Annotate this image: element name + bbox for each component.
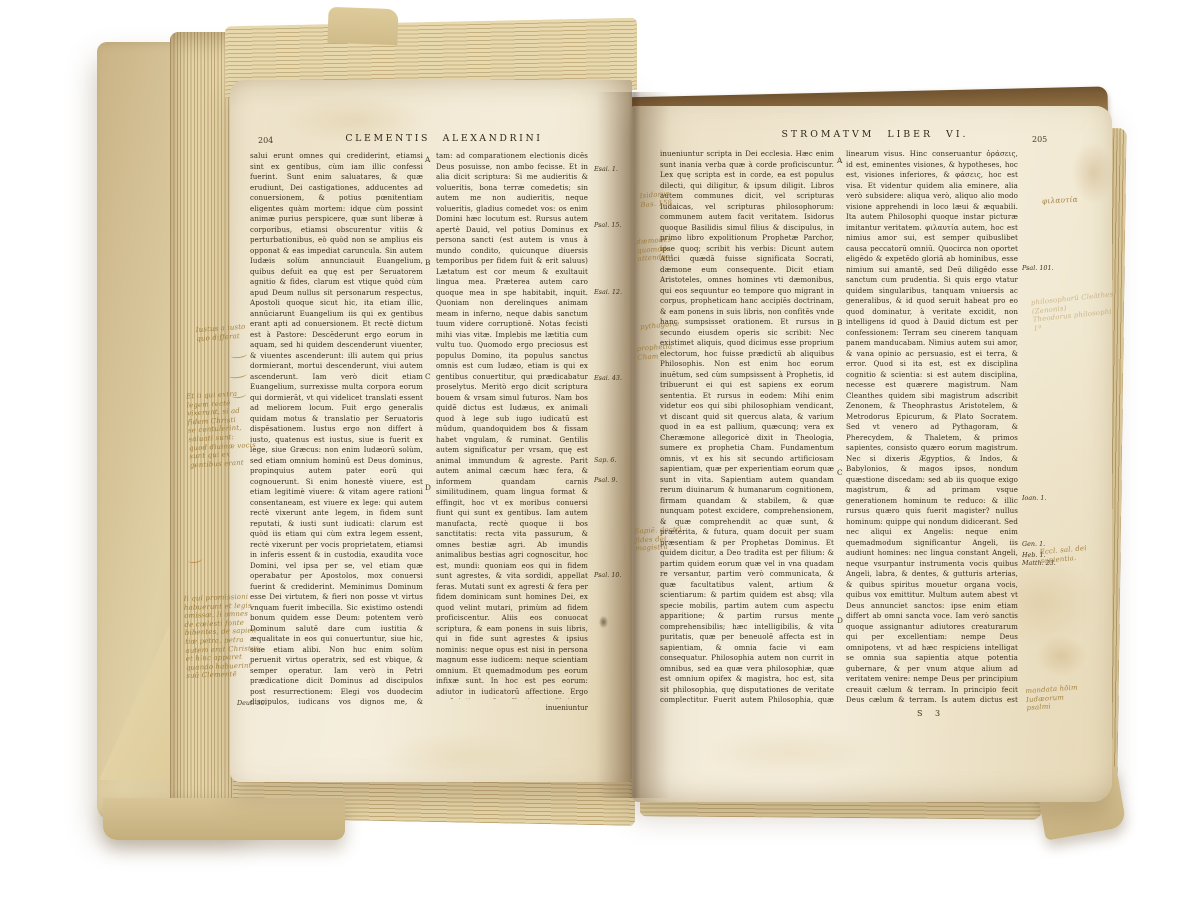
left-column-2: tam: ad comparationem electionis dicēs D… — [436, 151, 588, 699]
catchword: inueniuntur — [496, 703, 588, 712]
handwritten-note: Ii qui promissioni habuerunt et legis om… — [184, 591, 293, 681]
section-letter: B — [837, 318, 842, 327]
section-letter: A — [425, 155, 430, 164]
right-page-number: 205 — [1032, 135, 1047, 144]
handwritten-note: Sapiē. doctrī fides dei magistra — [634, 524, 693, 553]
margin-ref: Psal. 15. — [594, 221, 638, 229]
vellum-cover-corner-tab — [327, 7, 398, 45]
section-letter: C — [425, 372, 431, 381]
section-letter: B — [425, 258, 430, 267]
handwritten-note: Et ii qui extra legem rectè vixerunt, si… — [186, 388, 286, 470]
right-column-2: linearum visus. Hinc conseruantur ὁράσει… — [846, 149, 1018, 705]
right-column-1: inueniuntur scripta in Dei ecclesia. Hæc… — [660, 149, 834, 705]
right-running-title: STROMATVM LIBER VI. — [735, 129, 1015, 140]
margin-ref: Ioan. 1. — [1022, 494, 1072, 502]
margin-ref: Psal. 9. — [594, 476, 638, 484]
margin-ref: Esai. 1. — [594, 165, 638, 173]
signature-mark: S 3 — [896, 709, 966, 718]
section-letter: A — [837, 156, 842, 165]
margin-ref: Psal. 10. — [594, 571, 638, 579]
margin-ref: Esai. 12. — [594, 288, 638, 296]
margin-ref: Esai. 43. — [594, 374, 638, 382]
margin-ref: Sap. 6. — [594, 456, 638, 464]
section-letter: C — [837, 468, 843, 477]
margin-ref: Psal. 101. — [1022, 264, 1072, 272]
margin-ref: Deut. 30. — [237, 699, 281, 707]
left-page-number: 204 — [258, 136, 273, 145]
section-letter: D — [837, 616, 843, 625]
cover-bottom-edge — [103, 798, 345, 840]
section-letter: D — [425, 483, 431, 492]
left-running-title: CLEMENTIS ALEXANDRINI — [296, 133, 592, 144]
handwritten-note: prophetia Cham — [636, 341, 689, 362]
book-photo: 204 CLEMENTIS ALEXANDRINI salui erunt om… — [0, 0, 1200, 903]
handwritten-note: dæmones quomodo attendant — [636, 234, 692, 263]
